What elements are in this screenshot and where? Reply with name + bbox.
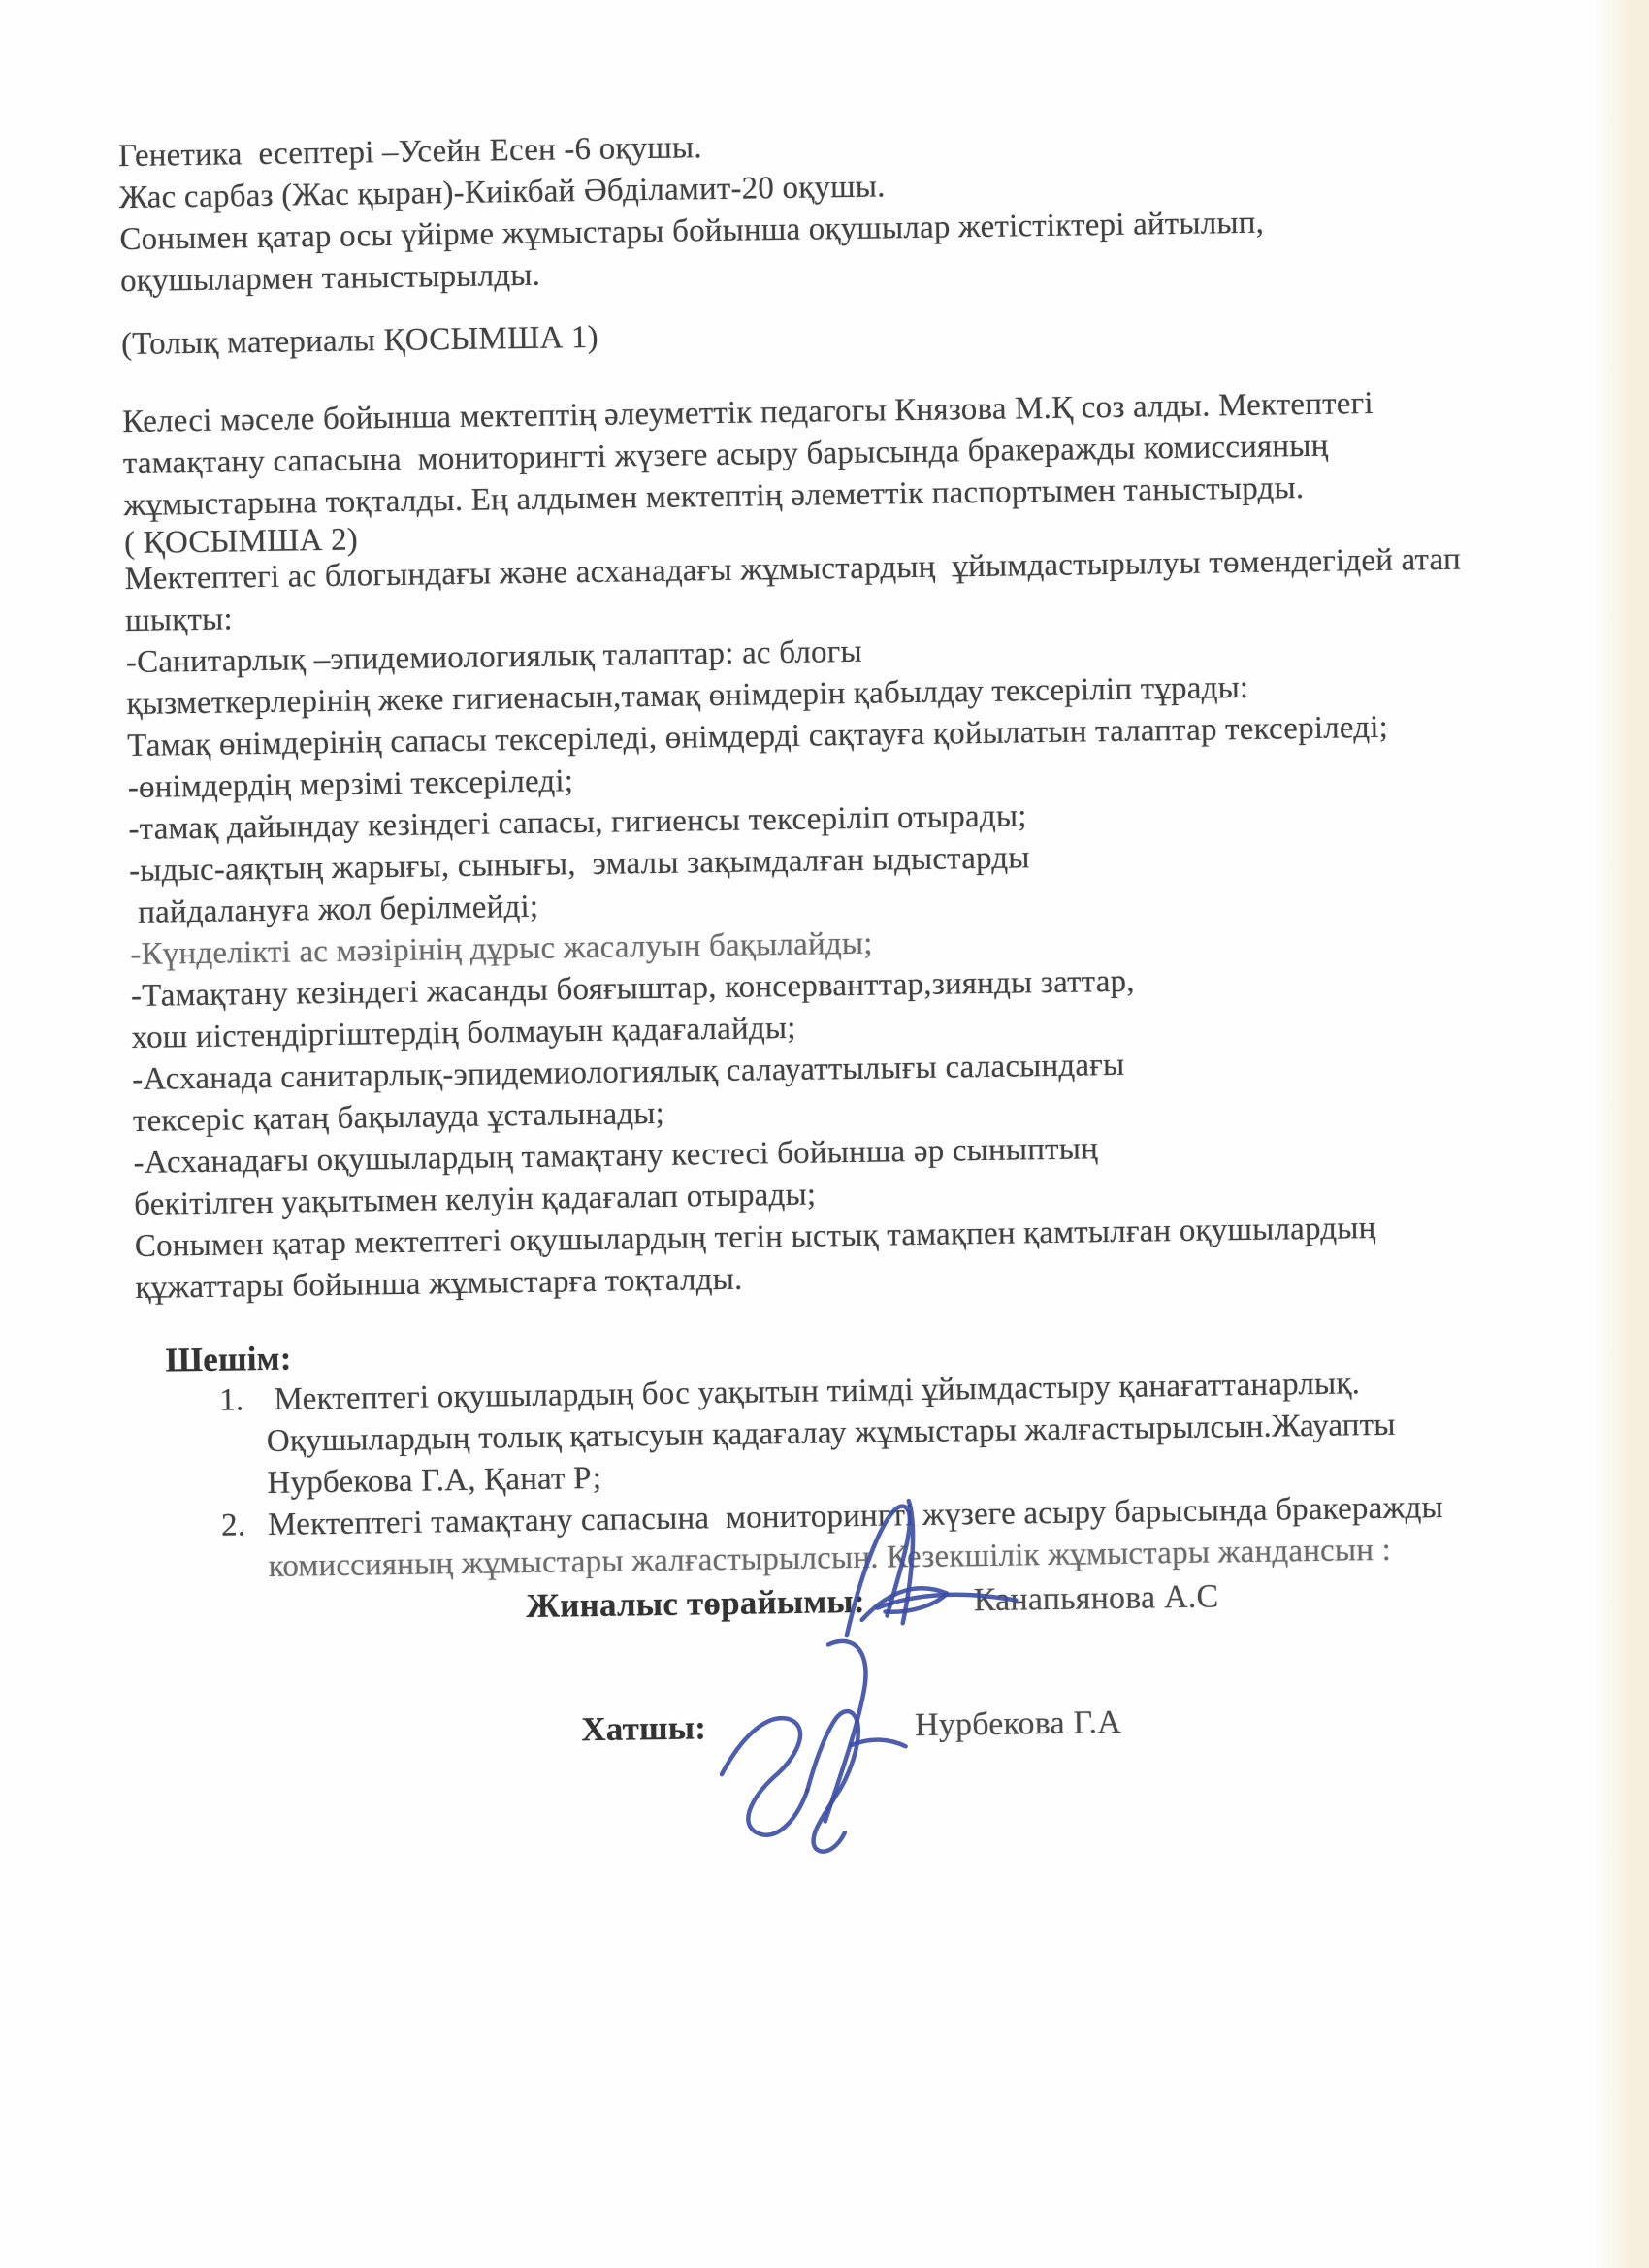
chairperson-label: Жиналыс төрайымы: [526, 1580, 865, 1627]
secretary-label: Хатшы: [581, 1706, 706, 1750]
chairperson-name: Канапьянова А.С [973, 1575, 1218, 1621]
secretary-name: Нурбекова Г.А [915, 1701, 1122, 1746]
secretary-signature-ink-icon [704, 1628, 921, 1863]
paragraph-canteen-checks: Мектептегі ас блогындағы және асханадағы… [124, 536, 1648, 1310]
scanned-document-page: Генетика есептері –Усейн Есен -6 оқушы. … [0, 0, 1649, 2268]
list-number: 1. [219, 1379, 267, 1422]
paragraph-clubs: Генетика есептері –Усейн Есен -6 оқушы. … [118, 113, 1633, 303]
decision-item-1: 1. Мектептегі оқушылардың бос уақытын ти… [219, 1359, 1649, 1506]
document-content: Генетика есептері –Усейн Есен -6 оқушы. … [0, 0, 1649, 1592]
secretary-signature-row: Хатшы: Нурбекова Г.А [581, 1701, 1121, 1751]
chairperson-signature-row: Жиналыс төрайымы: Канапьянова А.С [526, 1574, 1219, 1628]
decision-list: 1. Мектептегі оқушылардың бос уақытын ти… [219, 1359, 1649, 1589]
list-number: 2. [221, 1505, 269, 1547]
attachment-1-note: (Толық материалы ҚОСЫМША 1) [121, 302, 1634, 366]
